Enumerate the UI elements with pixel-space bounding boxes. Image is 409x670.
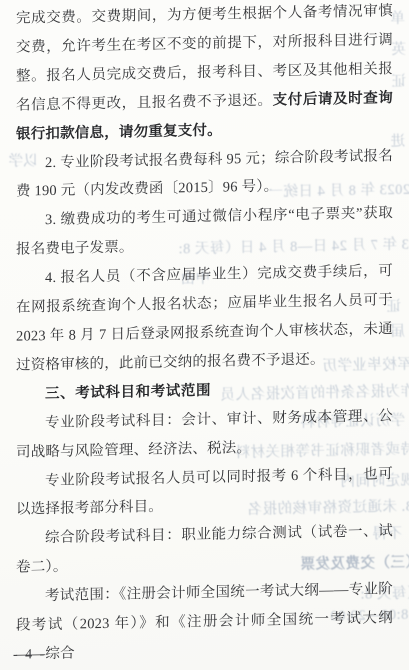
text-segment: 3. 缴费成功的考生可通过微信小程序“电子票夹”获取报名费电子发票。 <box>16 205 393 257</box>
paragraph: 综合阶段考试科目：职业能力综合测试（试卷一、试卷二）。 <box>16 517 393 582</box>
bleedthrough-text: 英 <box>391 38 406 59</box>
text-segment: 2. 专业阶段考试报名费每科 95 元；综合阶段考试报名费 190 元（内发改费… <box>16 148 393 200</box>
text-segment: 专业阶段考试报名人员可以同时报考 6 个科目，也可以选择报考部分科目。 <box>16 466 393 518</box>
text-segment: 综合阶段考试科目：职业能力综合测试（试卷一、试卷二）。 <box>16 523 393 575</box>
text-segment: 三、考试科目和考试范围 <box>45 383 211 402</box>
scanned-content: 单英证进以学于 2023 年 8 月 4 日统一2023 年 7 月 24 日—… <box>0 0 409 670</box>
paragraph: 3. 缴费成功的考生可通过微信小程序“电子票夹”获取报名费电子发票。 <box>16 199 393 264</box>
paragraph: 2. 专业阶段考试报名费每科 95 元；综合阶段考试报名费 190 元（内发改费… <box>16 142 393 207</box>
paragraph: 专业阶段考试科目：会计、审计、财务成本管理、公司战略与风险管理、经济法、税法。 <box>16 402 393 467</box>
paragraph: 4. 报名人员（不含应届毕业生）完成交费手续后，可在网报系统查询个人报名状态；应… <box>16 257 393 380</box>
text-segment: 专业阶段考试科目：会计、审计、财务成本管理、公司战略与风险管理、经济法、税法。 <box>16 408 393 460</box>
bleedthrough-text: 证 <box>391 70 406 91</box>
document-page: 单英证进以学于 2023 年 8 月 4 日统一2023 年 7 月 24 日—… <box>0 0 409 670</box>
paragraph: 完成交费。交费期间，为方便考生根据个人备考情况审慎交费，允许考生在考区不变的前提… <box>16 0 393 149</box>
paragraph: 考试范围：《注册会计师全国统一考试大纲——专业阶段考试（2023 年）》和《注册… <box>16 575 393 669</box>
document-body: 完成交费。交费期间，为方便考生根据个人备考情况审慎交费，允许考生在考区不变的前提… <box>16 0 393 670</box>
text-segment: 考试范围：《注册会计师全国统一考试大纲——专业阶段考试（2023 年）》和《注册… <box>16 581 393 662</box>
paragraph: 专业阶段考试报名人员可以同时报考 6 个科目，也可以选择报考部分科目。 <box>16 460 393 525</box>
text-segment: 4. 报名人员（不含应届毕业生）完成交费手续后，可在网报系统查询个人报名状态；应… <box>16 263 393 373</box>
page-number: - 4 - <box>13 647 46 664</box>
